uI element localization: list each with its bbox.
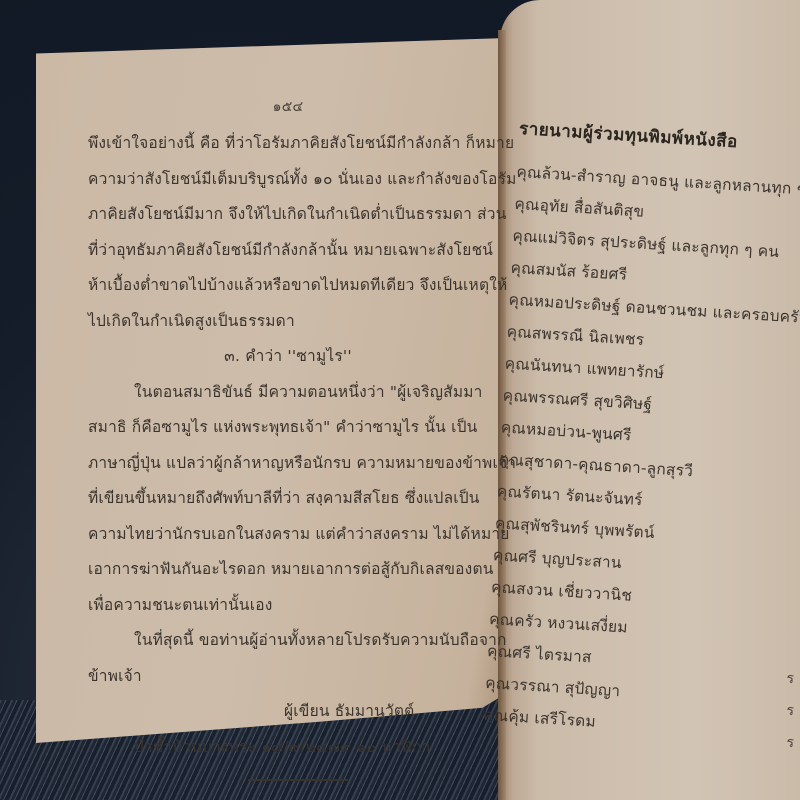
left-page-text: ๑๕๔ พึงเข้าใจอย่างนี้ คือ ที่ว่าโอรัมภาค… xyxy=(88,96,488,781)
body-line: ในตอนสมาธิขันธ์ มีความตอนหนึ่งว่า "ผู้เจ… xyxy=(88,375,488,411)
author-signature: ผู้เขียน ธัมมานุวัตต์ xyxy=(88,694,488,730)
body-line: ห้าเบื้องต่ำขาดไปบ้างแล้วหรือขาดไปหมดทีเ… xyxy=(88,268,488,304)
section-heading: ๓. คำว่า ''ซามูไร'' xyxy=(88,339,488,375)
right-page-text: รายนามผู้ร่วมทุนพิมพ์หนังสือ คุณล้วน-สำร… xyxy=(482,115,800,749)
closing-line: ในที่สุดนี้ ขอท่านผู้อ่านทั้งหลายโปรดรับ… xyxy=(88,623,488,659)
page-number: ๑๕๔ xyxy=(88,96,488,118)
closing-line: ข้าพเจ้า xyxy=(88,659,488,695)
body-line: ที่เขียนขึ้นหมายถึงศัพท์บาลีที่ว่า สงฺคา… xyxy=(88,481,488,517)
body-line: สมาธิ ก็คือซามูไร แห่งพระพุทธเจ้า" คำว่า… xyxy=(88,410,488,446)
body-line: พึงเข้าใจอย่างนี้ คือ ที่ว่าโอรัมภาคิยสั… xyxy=(88,126,488,162)
edge-char: ร xyxy=(786,700,794,722)
place-date: บ่ำช้ำบ้านบางพระ ๑๘/๙/๒๔๗๙ ๑๐ นาฬิกา xyxy=(88,730,488,766)
body-line: ไปเกิดในกำเนิดสูงเป็นธรรมดา xyxy=(88,304,488,340)
body-line: ภาษาญี่ปุ่น แปลว่าผู้กล้าหาญหรือนักรบ คว… xyxy=(88,446,488,482)
body-line: เอาการฆ่าฟันกันอะไรดอก หมายเอาการต่อสู้ก… xyxy=(88,552,488,588)
end-rule xyxy=(248,779,348,781)
body-line: ที่ว่าอุทธัมภาคิยสังโยชน์มีกำลังกล้านั้น… xyxy=(88,233,488,269)
body-line: ภาคิยสังโยชน์มีมาก จึงให้ไปเกิดในกำเนิดต… xyxy=(88,197,488,233)
edge-char: ร xyxy=(786,732,794,754)
edge-char: ร xyxy=(786,668,794,690)
body-line: ความไทยว่านักรบเอกในสงคราม แต่คำว่าสงครา… xyxy=(88,517,488,553)
body-line: เพื่อความชนะตนเท่านั้นเอง xyxy=(88,588,488,624)
body-line: ความว่าสังโยชน์มีเต็มบริบูรณ์ทั้ง ๑๐ นั่… xyxy=(88,162,488,198)
